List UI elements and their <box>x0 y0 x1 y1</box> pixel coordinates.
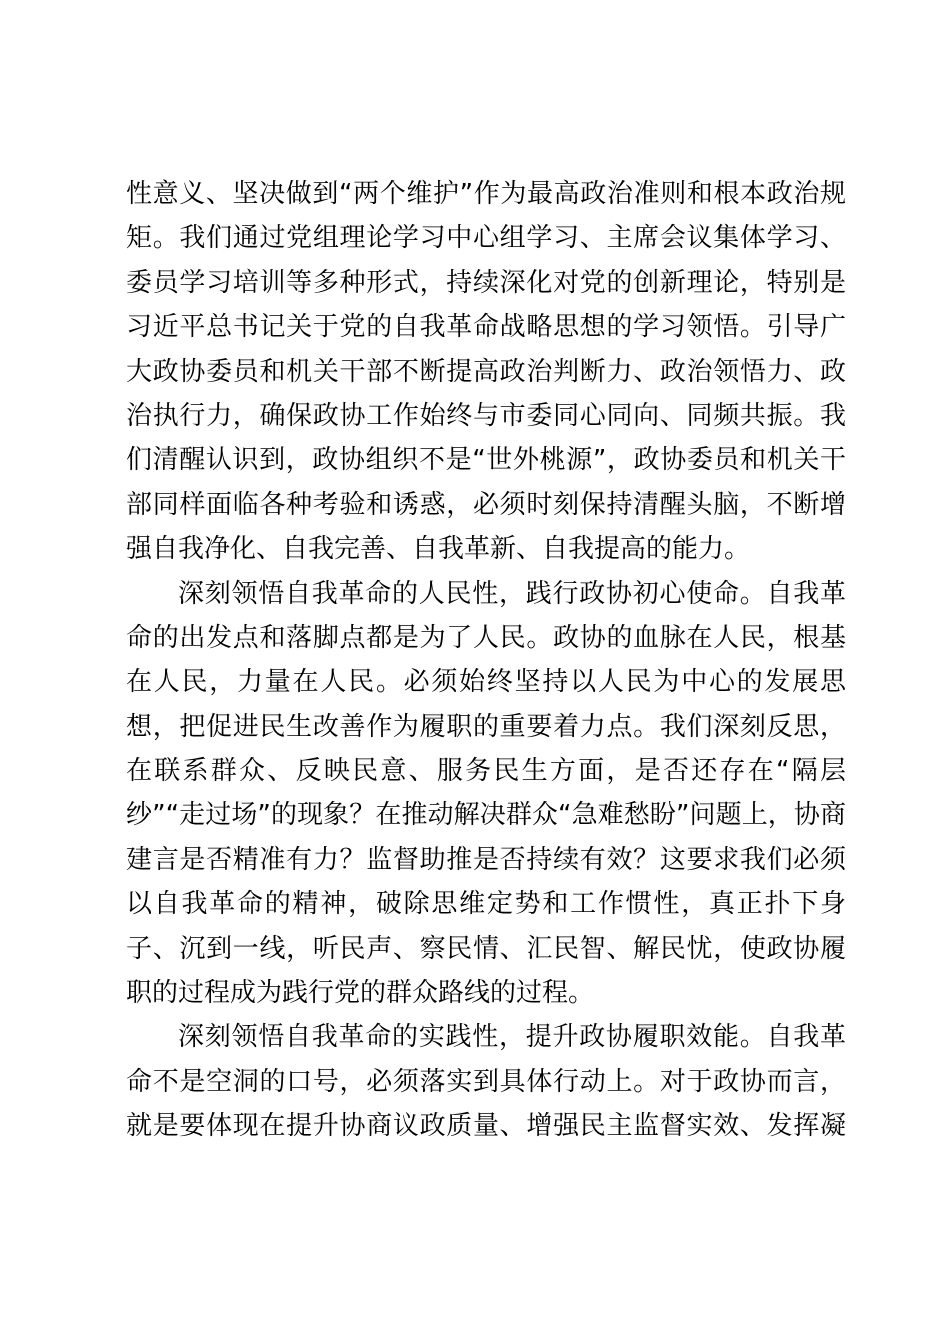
text-line: 们清醒认识到，政协组织不是“世外桃源”，政协委员和机关干 <box>126 438 846 482</box>
text-line: 强自我净化、自我完善、自我革新、自我提高的能力。 <box>126 527 846 571</box>
paragraph: 深刻领悟自我革命的实践性，提升政协履职效能。自我革命不是空洞的口号，必须落实到具… <box>126 1015 846 1148</box>
text-line: 就是要体现在提升协商议政质量、增强民主监督实效、发挥凝 <box>126 1104 846 1148</box>
text-line: 在联系群众、反映民意、服务民生方面，是否还存在“隔层 <box>126 749 846 793</box>
paragraph: 深刻领悟自我革命的人民性，践行政协初心使命。自我革命的出发点和落脚点都是为了人民… <box>126 572 846 1016</box>
text-line: 建言是否精准有力？监督助推是否持续有效？这要求我们必须 <box>126 838 846 882</box>
document-body: 性意义、坚决做到“两个维护”作为最高政治准则和根本政治规矩。我们通过党组理论学习… <box>126 172 846 1149</box>
document-page: 性意义、坚决做到“两个维护”作为最高政治准则和根本政治规矩。我们通过党组理论学习… <box>0 0 950 1344</box>
text-line: 大政协委员和机关干部不断提高政治判断力、政治领悟力、政 <box>126 350 846 394</box>
paragraph: 性意义、坚决做到“两个维护”作为最高政治准则和根本政治规矩。我们通过党组理论学习… <box>126 172 846 572</box>
text-line: 深刻领悟自我革命的实践性，提升政协履职效能。自我革 <box>126 1015 846 1059</box>
text-line: 性意义、坚决做到“两个维护”作为最高政治准则和根本政治规 <box>126 172 846 216</box>
text-line: 子、沉到一线，听民声、察民情、汇民智、解民忧，使政协履 <box>126 927 846 971</box>
text-line: 命不是空洞的口号，必须落实到具体行动上。对于政协而言， <box>126 1060 846 1104</box>
text-line: 命的出发点和落脚点都是为了人民。政协的血脉在人民，根基 <box>126 616 846 660</box>
text-line: 委员学习培训等多种形式，持续深化对党的创新理论，特别是 <box>126 261 846 305</box>
text-line: 矩。我们通过党组理论学习中心组学习、主席会议集体学习、 <box>126 216 846 260</box>
text-line: 想，把促进民生改善作为履职的重要着力点。我们深刻反思， <box>126 705 846 749</box>
text-line: 深刻领悟自我革命的人民性，践行政协初心使命。自我革 <box>126 572 846 616</box>
text-line: 在人民，力量在人民。必须始终坚持以人民为中心的发展思 <box>126 660 846 704</box>
text-line: 职的过程成为践行党的群众路线的过程。 <box>126 971 846 1015</box>
text-line: 以自我革命的精神，破除思维定势和工作惯性，真正扑下身 <box>126 882 846 926</box>
text-line: 治执行力，确保政协工作始终与市委同心同向、同频共振。我 <box>126 394 846 438</box>
text-line: 纱”“走过场”的现象？在推动解决群众“急难愁盼”问题上，协商 <box>126 793 846 837</box>
text-line: 部同样面临各种考验和诱惑，必须时刻保持清醒头脑，不断增 <box>126 483 846 527</box>
text-line: 习近平总书记关于党的自我革命战略思想的学习领悟。引导广 <box>126 305 846 349</box>
